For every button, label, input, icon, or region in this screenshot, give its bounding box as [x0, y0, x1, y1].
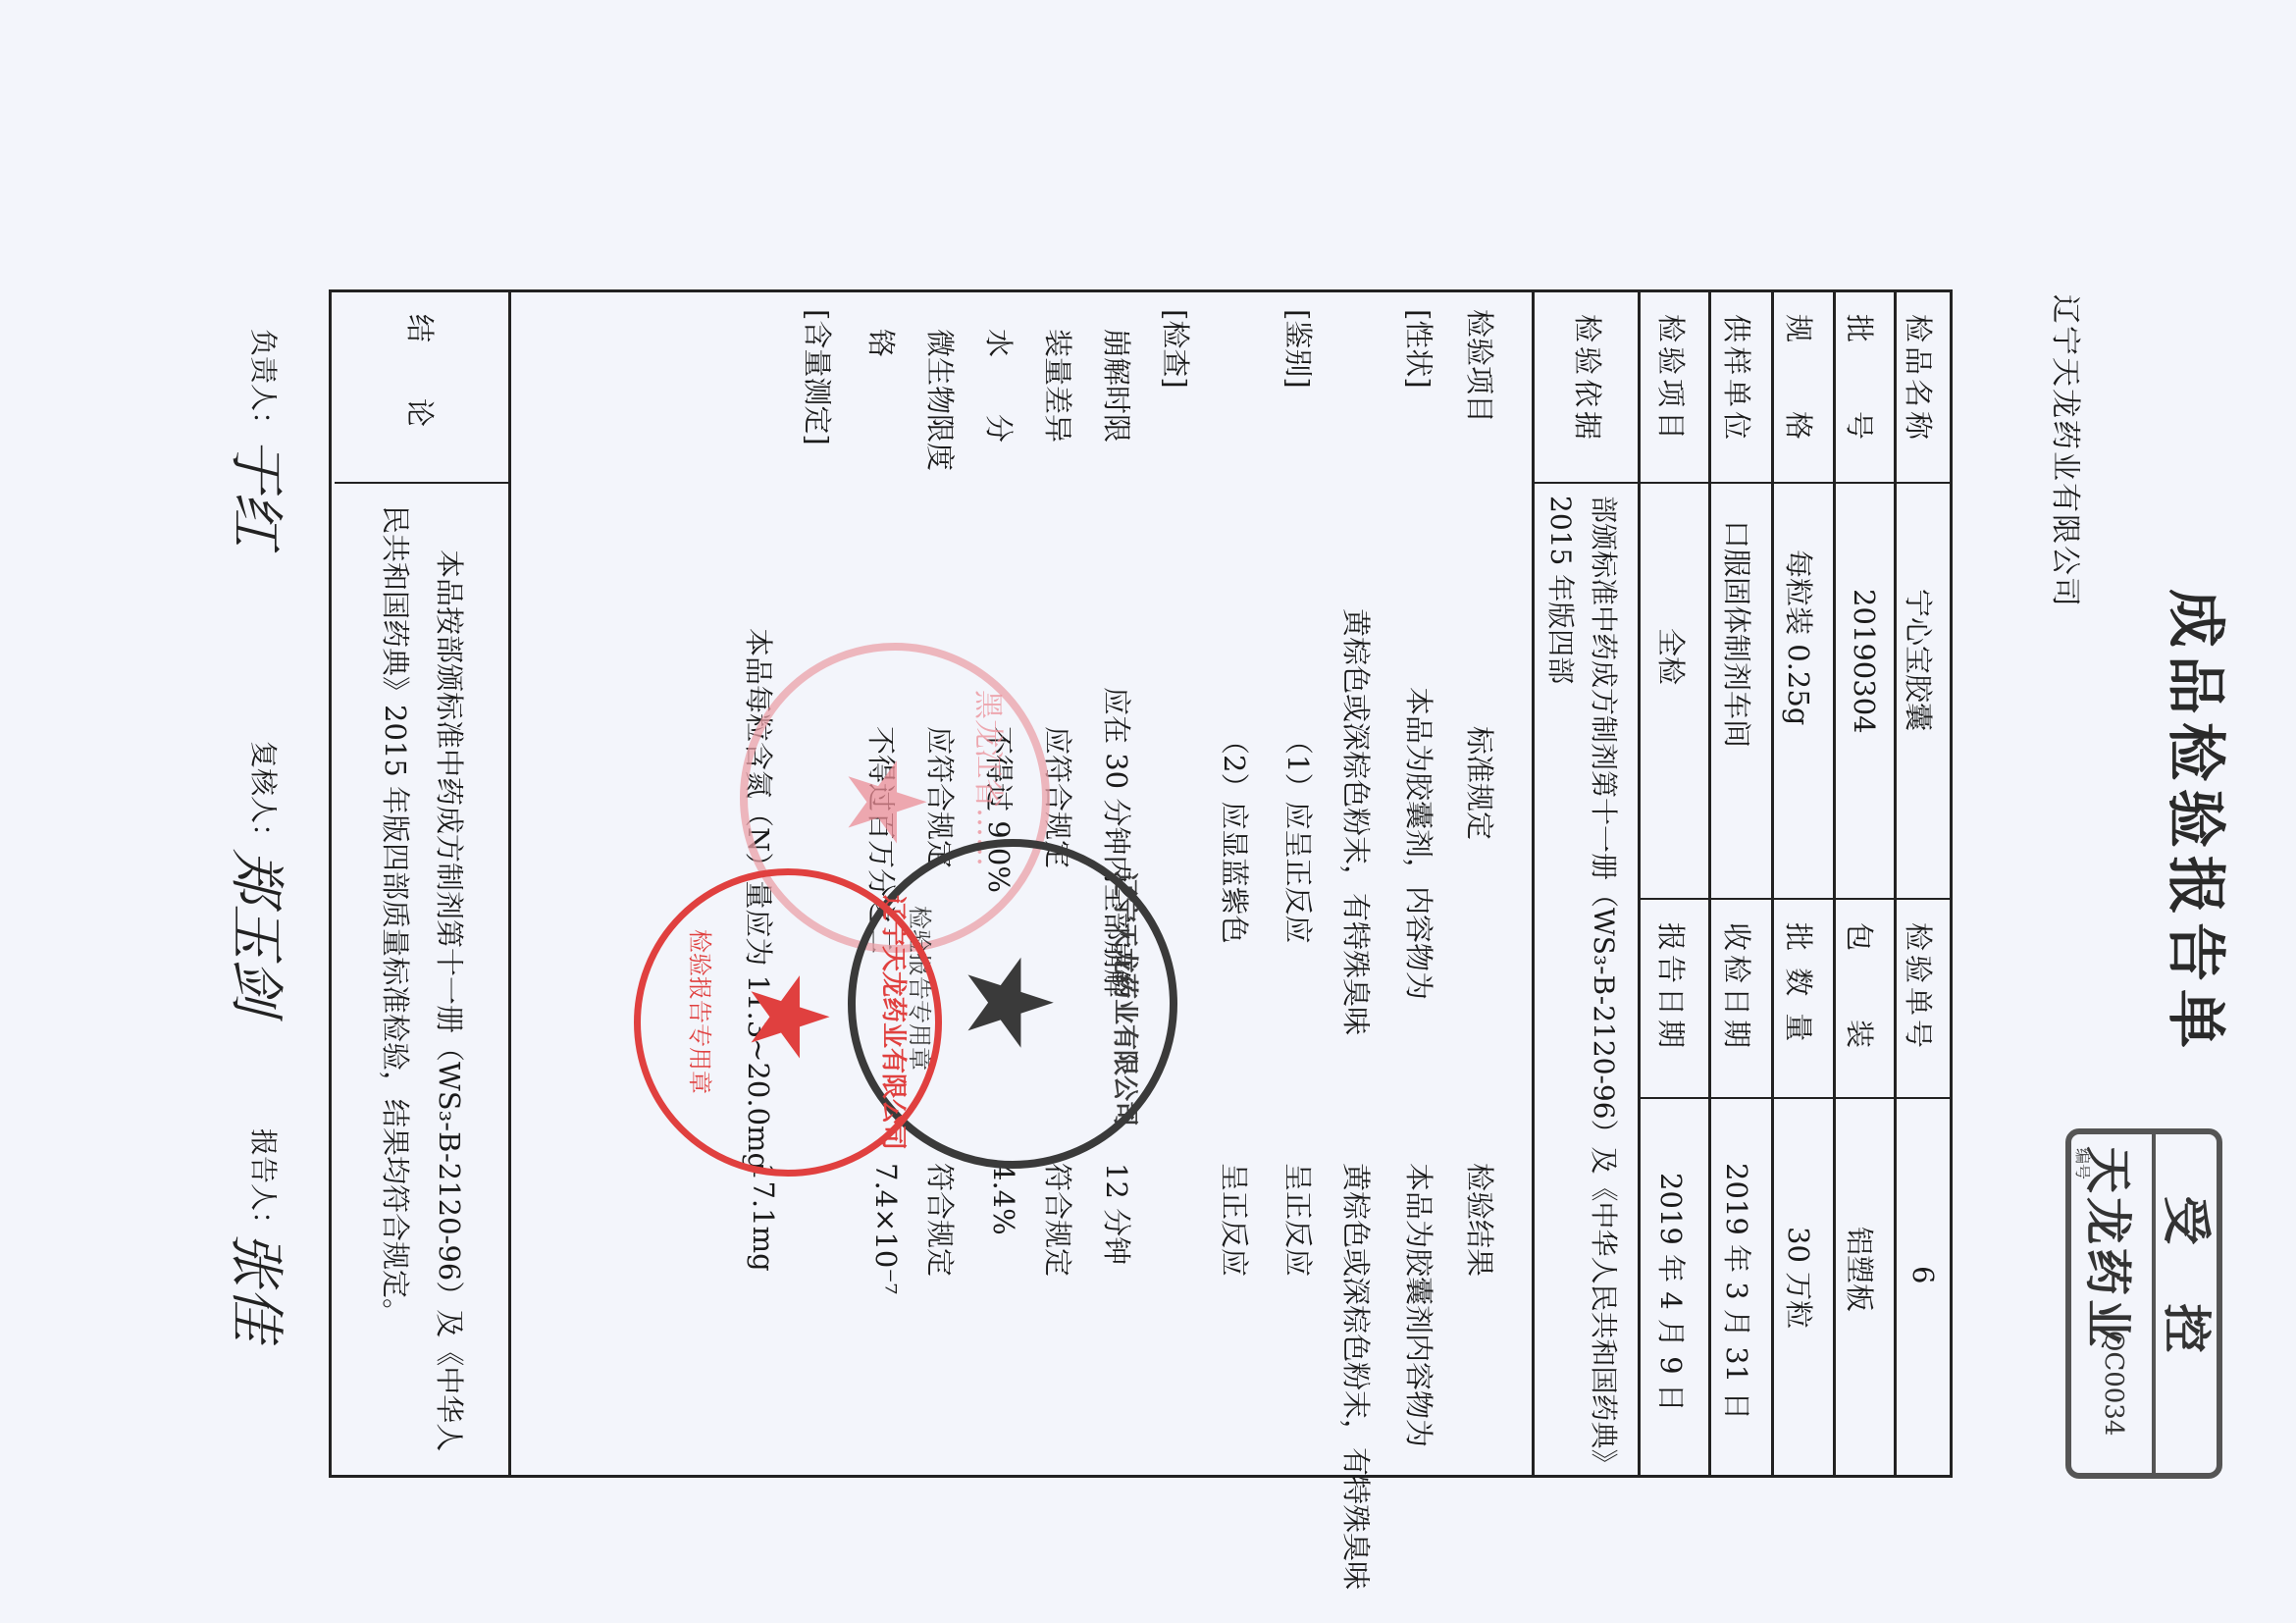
- seal-star-icon: ★: [940, 950, 1076, 1056]
- red-seal-inner-text: 检验报告专用章: [685, 929, 719, 1094]
- label-report-date: 报告日期: [1652, 922, 1693, 1052]
- signature-label-reviewer: 复核人：: [245, 741, 285, 851]
- label-packaging: 包 装: [1841, 922, 1881, 1052]
- item-name: 微生物限度: [921, 329, 962, 471]
- signature-label-responsible: 负责人：: [245, 329, 285, 439]
- item-standard: 黄棕色或深棕色粉末，有特殊臭味: [1337, 608, 1378, 1035]
- item-result: 呈正反应: [1216, 1163, 1256, 1277]
- report-title: 成品检验报告单: [2158, 589, 2242, 1056]
- signature-reporter: 张佳: [221, 1231, 299, 1341]
- items-header-result: 检验结果: [1461, 1163, 1501, 1277]
- item-result: 黄棕色或深棕色粉末，有特殊臭味: [1337, 1163, 1378, 1590]
- item-name: 铬: [862, 329, 903, 357]
- item-result: 呈正反应: [1279, 1163, 1320, 1277]
- item-result: 17.1mg: [747, 1163, 780, 1272]
- label-basis: 检验依据: [1569, 314, 1609, 444]
- item-name: [检查]: [1157, 309, 1197, 389]
- item-standard: 本品为胶囊剂，内容物为: [1400, 687, 1440, 1000]
- value-spec: 每粒装 0.25g: [1780, 550, 1820, 725]
- black-seal-outer-text: 辽宁天龙药业有限公司: [1109, 871, 1145, 1126]
- seal-star-icon: ★: [726, 969, 852, 1066]
- value-report-no: 6: [1906, 1266, 1940, 1283]
- controlled-stamp-code-label: 编号: [2072, 1148, 2095, 1179]
- conclusion-line-1: 本品按部颁标准中药成方制剂第十一册（WS₃-B-2120-96）及《中华人: [431, 550, 471, 1451]
- controlled-stamp: 受控 天龙药业 编号 QC0034: [2065, 1128, 2222, 1479]
- label-product-name: 检品名称: [1900, 314, 1940, 444]
- company-name: 辽宁天龙药业有限公司: [2047, 294, 2090, 608]
- item-standard: （1）应呈正反应: [1279, 726, 1320, 943]
- item-name: 装量差异: [1039, 329, 1079, 443]
- value-batch-qty: 30 万粒: [1780, 1227, 1820, 1329]
- item-result: 12 分钟: [1098, 1163, 1138, 1265]
- inspection-report-page: 成品检验报告单 辽宁天龙药业有限公司 受控 天龙药业 编号 QC0034 检品名…: [0, 0, 2296, 1623]
- item-result: 7.4×10⁻⁷: [869, 1163, 903, 1294]
- item-name: [含量测定]: [799, 309, 839, 445]
- red-seal-outer-text: 辽宁天龙药业有限公司: [877, 895, 913, 1150]
- signature-responsible: 于红: [221, 437, 299, 547]
- item-name: 崩解时限: [1098, 329, 1138, 443]
- item-standard: （2）应显蓝紫色: [1216, 726, 1256, 943]
- value-product-name: 宁心宝胶囊: [1900, 589, 1940, 731]
- conclusion-label: 结 论: [401, 314, 442, 441]
- conclusion-line-2: 民共和国药典》2015 年版四部质量标准检验，结果均符合规定。: [377, 505, 417, 1327]
- label-spec: 规 格: [1780, 314, 1820, 444]
- label-batch-qty: 批 数 量: [1780, 922, 1820, 1045]
- items-header-standard: 标准规定: [1461, 726, 1501, 840]
- item-name: [性状]: [1400, 309, 1440, 389]
- seal-star-icon: ★: [823, 754, 949, 851]
- value-supplier: 口服固体制剂车间: [1718, 520, 1758, 748]
- value-report-date: 2019 年 4 月 9 日: [1652, 1173, 1693, 1412]
- label-report-no: 检验单号: [1900, 922, 1940, 1052]
- signature-reviewer: 郑玉剑: [221, 849, 299, 1014]
- label-received-date: 收检日期: [1718, 922, 1758, 1052]
- item-result: 4.4%: [987, 1163, 1020, 1235]
- red-company-seal: ★ 辽宁天龙药业有限公司 检验报告专用章: [634, 868, 942, 1177]
- item-result: 符合规定: [1039, 1163, 1079, 1277]
- label-test-items: 检验项目: [1652, 314, 1693, 444]
- item-name: 水 分: [980, 329, 1020, 443]
- controlled-stamp-code: QC0034: [2099, 1331, 2128, 1436]
- basis-line-2: 2015 年版四部: [1542, 496, 1582, 684]
- value-received-date: 2019 年 3 月 31 日: [1718, 1163, 1758, 1420]
- basis-line-1: 部颁标准中药成方制剂第十一册（WS₃-B-2120-96）及《中华人民共和国药典…: [1586, 496, 1625, 1477]
- item-result: 符合规定: [921, 1163, 962, 1277]
- label-batch-no: 批 号: [1841, 314, 1881, 444]
- value-packaging: 铝塑板: [1841, 1227, 1881, 1312]
- controlled-stamp-top: 受控: [2152, 1134, 2217, 1473]
- label-supplier: 供样单位: [1718, 314, 1758, 444]
- items-header-item: 检验项目: [1461, 309, 1501, 423]
- signature-label-reporter: 报告人：: [245, 1128, 285, 1238]
- item-name: [鉴别]: [1279, 309, 1320, 389]
- value-test-items: 全检: [1652, 628, 1693, 685]
- item-result: 本品为胶囊剂内容物为: [1400, 1163, 1440, 1447]
- value-batch-no: 20190304: [1848, 589, 1881, 734]
